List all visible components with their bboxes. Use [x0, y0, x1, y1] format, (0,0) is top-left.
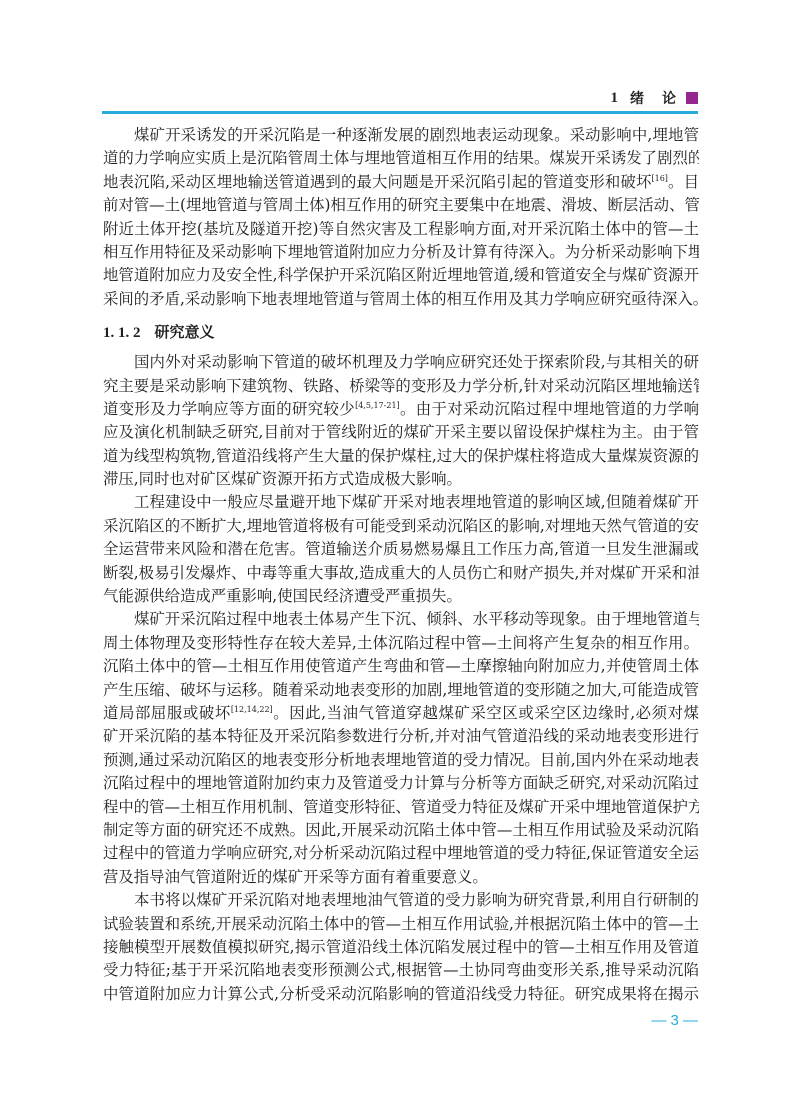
text-line: 采间的矛盾,采动影响下地表埋地管道与管周土体的相互作用及其力学响应研究亟待深入。	[103, 288, 699, 311]
text-line: 相互作用特征及采动影响下埋地管道附加应力分析及计算有待深入。为分析采动影响下埋	[103, 241, 699, 264]
section-number: 1. 1. 2	[103, 325, 141, 341]
text-line: 本书将以煤矿开采沉陷对地表埋地油气管道的受力影响为研究背景,利用自行研制的	[103, 889, 699, 912]
text-line: 全运营带来风险和潜在危害。管道输送介质易燃易爆且工作压力高,管道一旦发生泄漏或	[103, 538, 699, 561]
text-line: 工程建设中一般应尽量避开地下煤矿开采对地表埋地管道的影响区域,但随着煤矿开	[103, 491, 699, 514]
text-line: 附近土体开挖(基坑及隧道开挖)等自然灾害及工程影响方面,对开采沉陷土体中的管—土	[103, 218, 699, 241]
section-title: 研究意义	[155, 323, 215, 341]
citation: [4,5,17-21]	[355, 401, 400, 410]
text-line: 究主要是采动影响下建筑物、铁路、桥梁等的变形及力学分析,针对采动沉陷区埋地输送管	[103, 375, 699, 398]
text-line: 地表沉陷,采动区埋地输送管道遇到的最大问题是开采沉陷引起的管道变形和破坏[16]…	[103, 171, 699, 194]
text-line: 采沉陷区的不断扩大,埋地管道将极有可能受到采动沉陷区的影响,对埋地天然气管道的安	[103, 515, 699, 538]
text-line: 滞压,同时也对矿区煤矿资源开拓方式造成极大影响。	[103, 468, 699, 491]
paragraph-5: 本书将以煤矿开采沉陷对地表埋地油气管道的受力影响为研究背景,利用自行研制的 试验…	[103, 889, 699, 1006]
text-line: 过程中的管道力学响应研究,对分析采动沉陷过程中埋地管道的受力特征,保证管道安全运	[103, 842, 699, 865]
text-line: 道局部屈服或破坏[12,14,22]。因此,当油气管道穿越煤矿采空区或采空区边缘…	[103, 702, 699, 725]
page-body: 煤矿开采诱发的开采沉陷是一种逐渐发展的剧烈地表运动现象。采动影响中,埋地管 道的…	[103, 124, 699, 1006]
text-span: 道变形及力学响应等方面的研究较少	[103, 400, 355, 418]
text-line: 煤矿开采沉陷过程中地表土体易产生下沉、倾斜、水平移动等现象。由于埋地管道与管	[103, 608, 699, 631]
paragraph-2: 国内外对采动影响下管道的破坏机理及力学响应研究还处于探索阶段,与其相关的研 究主…	[103, 351, 699, 491]
text-line: 受力特征;基于开采沉陷地表变形预测公式,根据管—土协同弯曲变形关系,推导采动沉陷	[103, 959, 699, 982]
text-span: 。因此,当油气管道穿越煤矿采空区或采空区边缘时,必须对煤	[273, 704, 699, 722]
text-line: 矿开采沉陷的基本特征及开采沉陷参数进行分析,并对油气管道沿线的采动地表变形进行	[103, 725, 699, 748]
text-line: 沉陷土体中的管—土相互作用使管道产生弯曲和管—土摩擦轴向附加应力,并使管周土体	[103, 655, 699, 678]
text-line: 国内外对采动影响下管道的破坏机理及力学响应研究还处于探索阶段,与其相关的研	[103, 351, 699, 374]
text-line: 道的力学响应实质上是沉陷管周土体与埋地管道相互作用的结果。煤炭开采诱发了剧烈的	[103, 147, 699, 170]
citation: [16]	[652, 174, 668, 183]
text-span: 地表沉陷,采动区埋地输送管道遇到的最大问题是开采沉陷引起的管道变形和破坏	[103, 173, 652, 191]
text-line: 试验装置和系统,开展采动沉陷土体中的管—土相互作用试验,并根据沉陷土体中的管—土	[103, 913, 699, 936]
paragraph-1: 煤矿开采诱发的开采沉陷是一种逐渐发展的剧烈地表运动现象。采动影响中,埋地管 道的…	[103, 124, 699, 311]
text-span: 。目	[668, 173, 699, 191]
text-line: 接触模型开展数值模拟研究,揭示管道沿线土体沉陷发展过程中的管—土相互作用及管道	[103, 936, 699, 959]
text-line: 程中的管—土相互作用机制、管道变形特征、管道受力特征及煤矿开采中埋地管道保护方案	[103, 796, 699, 819]
text-line: 沉陷过程中的埋地管道附加约束力及管道受力计算与分析等方面缺乏研究,对采动沉陷过	[103, 772, 699, 795]
text-line: 营及指导油气管道附近的煤矿开采等方面有着重要意义。	[103, 866, 699, 889]
text-line: 断裂,极易引发爆炸、中毒等重大事故,造成重大的人员伤亡和财产损失,并对煤矿开采和…	[103, 562, 699, 585]
text-line: 预测,通过采动沉陷区的地表变形分析地表埋地管道的受力情况。目前,国内外在采动地表	[103, 749, 699, 772]
chapter-number: 1	[611, 90, 619, 107]
text-line: 地管道附加应力及安全性,科学保护开采沉陷区附近埋地管道,缓和管道安全与煤矿资源开	[103, 264, 699, 287]
text-line: 煤矿开采诱发的开采沉陷是一种逐渐发展的剧烈地表运动现象。采动影响中,埋地管	[103, 124, 699, 147]
chapter-title-char-2: 论	[662, 88, 676, 108]
text-line: 道为线型构筑物,管道沿线将产生大量的保护煤柱,过大的保护煤柱将造成大量煤炭资源的	[103, 445, 699, 468]
text-line: 气能源供给造成严重影响,使国民经济遭受严重损失。	[103, 585, 699, 608]
text-line: 道变形及力学响应等方面的研究较少[4,5,17-21]。由于对采动沉陷过程中埋地…	[103, 398, 699, 421]
text-line: 产生压缩、破坏与运移。随着采动地表变形的加剧,埋地管道的变形随之加大,可能造成管	[103, 679, 699, 702]
chapter-marker-square-icon	[686, 92, 698, 104]
section-heading: 1. 1. 2研究意义	[103, 313, 699, 351]
text-line: 周土体物理及变形特性存在较大差异,土体沉陷过程中管—土间将产生复杂的相互作用。	[103, 632, 699, 655]
text-line: 应及演化机制缺乏研究,目前对于管线附近的煤矿开采主要以留设保护煤柱为主。由于管	[103, 421, 699, 444]
running-head: 1 绪 论	[611, 88, 699, 108]
text-line: 中管道附加应力计算公式,分析受采动沉陷影响的管道沿线受力特征。研究成果将在揭示	[103, 983, 699, 1006]
text-line: 前对管—土(埋地管道与管周土体)相互作用的研究主要集中在地震、滑坡、断层活动、管…	[103, 194, 699, 217]
header-rule	[102, 111, 698, 114]
citation: [12,14,22]	[231, 705, 273, 714]
paragraph-3: 工程建设中一般应尽量避开地下煤矿开采对地表埋地管道的影响区域,但随着煤矿开 采沉…	[103, 491, 699, 608]
paragraph-4: 煤矿开采沉陷过程中地表土体易产生下沉、倾斜、水平移动等现象。由于埋地管道与管 周…	[103, 608, 699, 889]
chapter-title-char-1: 绪	[630, 88, 644, 108]
page-number: — 3 —	[630, 1012, 698, 1029]
text-line: 制定等方面的研究还不成熟。因此,开展采动沉陷土体中管—土相互作用试验及采动沉陷	[103, 819, 699, 842]
text-span: 道局部屈服或破坏	[103, 704, 231, 722]
text-span: 。由于对采动沉陷过程中埋地管道的力学响	[400, 400, 699, 418]
